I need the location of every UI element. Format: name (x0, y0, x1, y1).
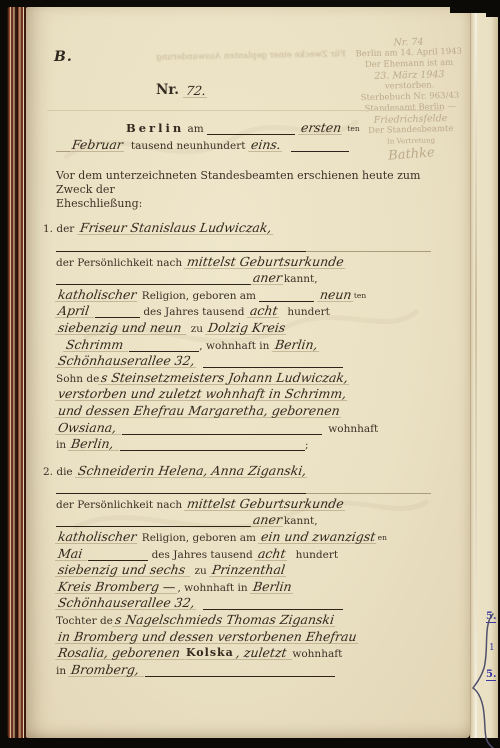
light-rule (306, 480, 431, 494)
fill-in-rule (291, 138, 349, 152)
printed-text: zu (191, 565, 210, 577)
handwritten-entry: siebenzig und sechs (55, 563, 192, 577)
record-number-line: Nr. 72. (43, 81, 447, 98)
handwritten-entry: 72. (183, 84, 209, 98)
form-line: in Bromberg und dessen verstorbenen Ehef… (43, 627, 447, 644)
form-line: Februartausend neunhundert eins. (43, 135, 447, 152)
form-line: anerkannt, (43, 269, 447, 286)
form-line: verstorben und zuletzt wohnhaft in Schri… (43, 385, 447, 402)
handwritten-entry: , zuletzt (233, 646, 294, 660)
fill-in-rule (56, 238, 306, 252)
handwritten-entry: ersten (298, 121, 344, 135)
clerk-brace-mark (471, 610, 498, 748)
printed-text: kannt, (284, 273, 318, 285)
handwritten-entry: Friseur Stanislaus Ludwiczak, (77, 221, 274, 235)
printed-text: 2. die (43, 466, 76, 478)
printed-text: hundert (287, 306, 329, 318)
printed-text: Sohn de (56, 373, 99, 385)
form-line: der Persönlichkeit nach mittelst Geburts… (43, 252, 447, 269)
handwritten-entry: Berlin, (68, 437, 121, 451)
handwritten-entry: s Nagelschmieds Thomas Ziganski (112, 613, 337, 627)
handwritten-entry: Dolzig Kreis (205, 321, 288, 335)
printed-text: , wohnhaft in (199, 340, 272, 352)
handwritten-entry: Rosalia, geborenen (55, 646, 187, 660)
fill-in-rule (122, 421, 322, 435)
fill-in-rule (56, 271, 251, 285)
handwritten-entry: aner (250, 271, 285, 285)
form-side-label: B. (54, 49, 73, 65)
form-line: Sohn des Steinsetzmeisters Johann Ludwic… (43, 368, 447, 385)
handwritten-entry: eins. (248, 138, 284, 152)
handwritten-entry: mittelst Geburtsurkunde (184, 497, 347, 511)
fill-in-rule (207, 121, 295, 135)
handwritten-entry: siebenzig und neun (55, 321, 188, 335)
handwritten-entry: Schneiderin Helena, Anna Ziganski, (75, 464, 309, 478)
form-line: in Bromberg, (43, 660, 447, 677)
handwritten-entry: acht (255, 547, 288, 561)
printed-number-label: Nr. (156, 82, 184, 98)
form-line: Schrimm , wohnhaft in Berlin, (43, 335, 447, 352)
intro-line-1: Vor dem unterzeichneten Standesbeamten e… (56, 169, 434, 197)
form-line: katholischer Religion, geboren am neunte… (43, 285, 447, 302)
handwritten-entry: in Bromberg und dessen verstorbenen Ehef… (55, 630, 360, 644)
printed-suffix: en (378, 533, 387, 544)
form-line: der Persönlichkeit nach mittelst Geburts… (43, 494, 447, 511)
printed-text: am (184, 123, 207, 135)
fill-in-rule (203, 596, 343, 610)
fill-in-rule (56, 513, 251, 527)
party2-bride-section: 2. die Schneiderin Helena, Anna Ziganski… (43, 461, 447, 677)
printed-text: zu (187, 323, 206, 335)
printed-text: der Persönlichkeit nach (56, 257, 185, 269)
form-line (43, 235, 447, 252)
printed-text: des Jahres tausend (148, 549, 256, 561)
handwritten-entry: neun (317, 288, 355, 302)
printed-text: kannt, (284, 515, 318, 527)
intro-line-2: Eheschließung: (56, 197, 434, 211)
form-line: Rosalia, geborenen Kolska, zuletzt wohnh… (43, 644, 447, 661)
printed-text: der Persönlichkeit nach (56, 499, 185, 511)
printed-suffix: ten (354, 291, 366, 302)
handwritten-entry: Bromberg, (68, 663, 146, 677)
printed-text: Religion, geboren am (138, 290, 259, 302)
handwritten-name: Kolska (186, 646, 234, 660)
fill-in-rule (203, 354, 343, 368)
handwritten-entry: April (55, 304, 96, 318)
form-line: 1. der Friseur Stanislaus Ludwiczak, (43, 219, 447, 236)
party1-groom-section: 1. der Friseur Stanislaus Ludwiczak,der … (43, 219, 447, 451)
mirrored-bleedthrough-text: Für Zwecke einer geplanten Auswanderung (136, 49, 366, 63)
printed-suffix: ten (347, 124, 359, 135)
form-line (43, 478, 447, 495)
handwritten-entry: verstorben und zuletzt wohnhaft in Schri… (55, 387, 349, 401)
fill-in-rule (259, 288, 314, 302)
scanned-register-page: Für Zwecke einer geplanten Auswanderung … (0, 0, 500, 748)
form-line: Schönhauserallee 32, (43, 594, 447, 611)
printed-text: ; (305, 439, 309, 451)
handwritten-entry: Kreis Bromberg — (55, 580, 178, 594)
form-line: Kreis Bromberg —, wohnhaft in Berlin (43, 577, 447, 594)
form-line: Mai des Jahres tausend achthundert (43, 544, 447, 561)
printed-text: wohnhaft (328, 423, 378, 435)
form-line: Nr. 72. (43, 81, 447, 98)
form-line: und dessen Ehefrau Margaretha, geborenen (43, 401, 447, 418)
form-line: anerkannt, (43, 511, 447, 528)
fill-in-rule (145, 663, 335, 677)
form-line: 2. die Schneiderin Helena, Anna Ziganski… (43, 461, 447, 478)
fill-in-rule (88, 547, 148, 561)
handwritten-entry: Owsiana, (55, 421, 123, 435)
handwritten-entry: Februar (69, 138, 126, 152)
printed-text: 1. der (43, 223, 78, 235)
form-line: siebenzig und neun zu Dolzig Kreis (43, 318, 447, 335)
handwritten-entry: Schönhauserallee 32, (55, 596, 198, 610)
spacer (288, 560, 296, 561)
form-line: Schönhauserallee 32, (43, 352, 447, 369)
form-line: in Berlin, ; (43, 435, 447, 452)
fill-in-rule (120, 437, 305, 451)
form-body: Nr. 72. Berlin am erstentenFebruartausen… (43, 81, 447, 677)
spacer (279, 317, 287, 318)
next-page-edge: 5. 1 5. (470, 7, 498, 738)
handwritten-entry: Schönhauserallee 32, (55, 354, 198, 368)
fill-in-rule (56, 480, 306, 494)
document-page: Für Zwecke einer geplanten Auswanderung … (26, 7, 470, 738)
printed-text: wohnhaft (292, 648, 342, 660)
fill-in-rule (95, 304, 140, 318)
printed-text: Tochter de (56, 615, 113, 627)
printed-text: hundert (296, 549, 338, 561)
handwritten-entry: aner (250, 513, 285, 527)
intro-paragraph: Vor dem unterzeichneten Standesbeamten e… (43, 169, 434, 211)
printed-text: tausend neunhundert (131, 140, 249, 152)
handwritten-entry: s Steinsetzmeisters Johann Ludwiczak, (98, 371, 351, 385)
scan-black-notch (486, 0, 500, 17)
handwritten-entry: Prinzenthal (209, 563, 288, 577)
handwritten-entry: acht (247, 304, 280, 318)
handwritten-entry: Berlin, (272, 338, 321, 352)
form-line: siebenzig und sechs zu Prinzenthal (43, 561, 447, 578)
light-rule (56, 138, 70, 152)
fill-in-rule (129, 338, 199, 352)
handwritten-entry: mittelst Geburtsurkunde (184, 255, 347, 269)
handwritten-entry: katholischer (55, 288, 139, 302)
handwritten-entry: ein und zwanzigst (258, 530, 378, 544)
form-line: katholischer Religion, geboren am ein un… (43, 527, 447, 544)
light-rule (306, 238, 431, 252)
form-line: April des Jahres tausend achthundert (43, 302, 447, 319)
printed-text: des Jahres tausend (140, 306, 248, 318)
printed-city-label: Berlin (126, 121, 184, 135)
date-lines: Berlin am erstentenFebruartausend neunhu… (43, 119, 447, 152)
printed-text: , wohnhaft in (178, 582, 251, 594)
form-line: Tochter des Nagelschmieds Thomas Zigansk… (43, 610, 447, 627)
form-line: Berlin am erstenten (43, 119, 447, 136)
spacer (283, 151, 291, 152)
handwritten-entry: Mai (55, 547, 89, 561)
form-line: Owsiana, wohnhaft (43, 418, 447, 435)
handwritten-entry: und dessen Ehefrau Margaretha, geborenen (55, 404, 343, 418)
spacer (56, 134, 126, 135)
handwritten-entry: Berlin (250, 580, 295, 594)
spacer (56, 97, 156, 98)
handwritten-entry: katholischer (55, 530, 139, 544)
handwritten-entry: Schrimm (63, 338, 130, 352)
book-page-edges-left (7, 7, 26, 738)
printed-text: Religion, geboren am (138, 532, 259, 544)
